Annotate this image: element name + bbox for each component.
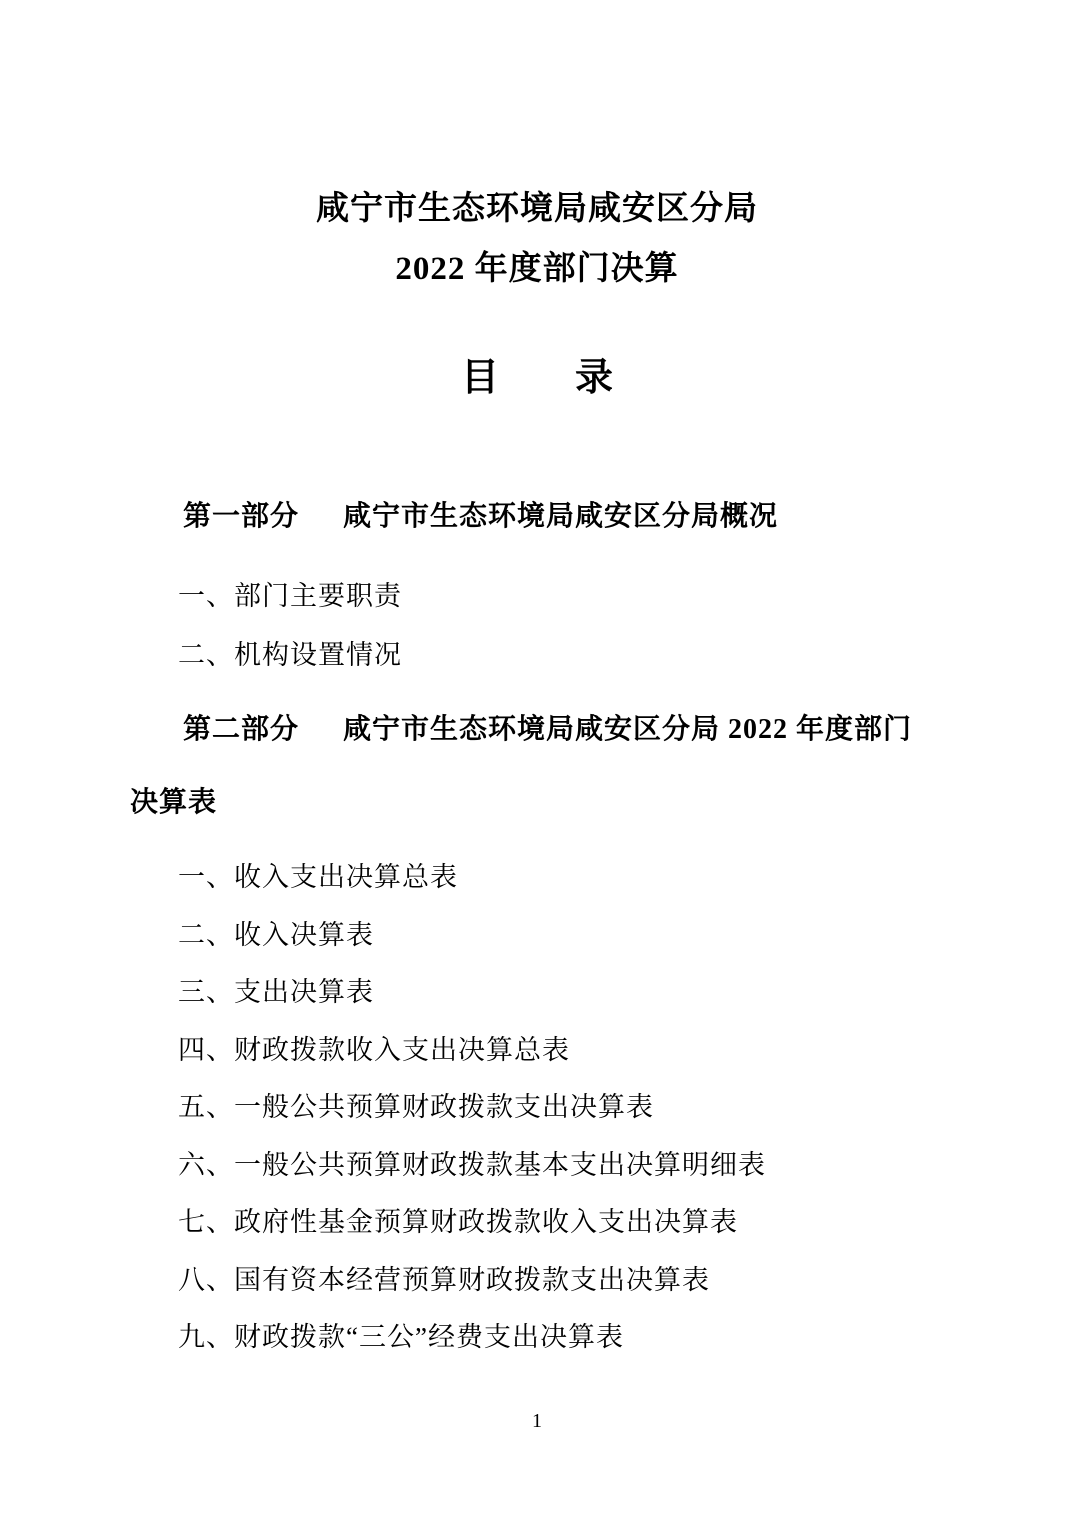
toc-item-dept-duties: 一、部门主要职责	[178, 581, 402, 612]
doc-title-line1: 咸宁市生态环境局咸安区分局	[0, 191, 1074, 229]
section-1-title: 咸宁市生态环境局咸安区分局概况	[343, 501, 778, 532]
toc-item-income-table: 二、收入决算表	[178, 920, 374, 951]
section-1-label: 第一部分	[183, 501, 299, 533]
toc-item-fiscal-appropriation-summary-table: 四、财政拨款收入支出决算总表	[178, 1035, 570, 1066]
section-2-title-line1: 咸宁市生态环境局咸安区分局 2022 年度部门	[343, 714, 912, 745]
toc-item-state-capital-budget-table: 八、国有资本经营预算财政拨款支出决算表	[178, 1265, 710, 1296]
toc-item-three-public-expenses-table: 九、财政拨款“三公”经费支出决算表	[178, 1322, 624, 1353]
toc-item-expense-table: 三、支出决算表	[178, 977, 374, 1008]
doc-title-line2: 2022 年度部门决算	[0, 251, 1074, 289]
toc-item-government-fund-budget-table: 七、政府性基金预算财政拨款收入支出决算表	[178, 1207, 738, 1238]
section-2-heading-line1: 第二部分咸宁市生态环境局咸安区分局 2022 年度部门	[183, 714, 912, 746]
section-1-heading: 第一部分咸宁市生态环境局咸安区分局概况	[183, 501, 778, 533]
toc-item-general-public-budget-basic-expense-detail-table: 六、一般公共预算财政拨款基本支出决算明细表	[178, 1150, 766, 1181]
section-2-heading-line2: 决算表	[130, 787, 217, 819]
toc-heading: 目 录	[0, 357, 1074, 401]
page-number: 1	[0, 1410, 1074, 1433]
document-page: 咸宁市生态环境局咸安区分局 2022 年度部门决算 目 录 第一部分咸宁市生态环…	[0, 0, 1074, 1520]
toc-item-income-expense-summary-table: 一、收入支出决算总表	[178, 862, 458, 893]
section-2-label: 第二部分	[183, 714, 299, 746]
toc-item-general-public-budget-expense-table: 五、一般公共预算财政拨款支出决算表	[178, 1092, 654, 1123]
toc-item-org-structure: 二、机构设置情况	[178, 640, 402, 671]
